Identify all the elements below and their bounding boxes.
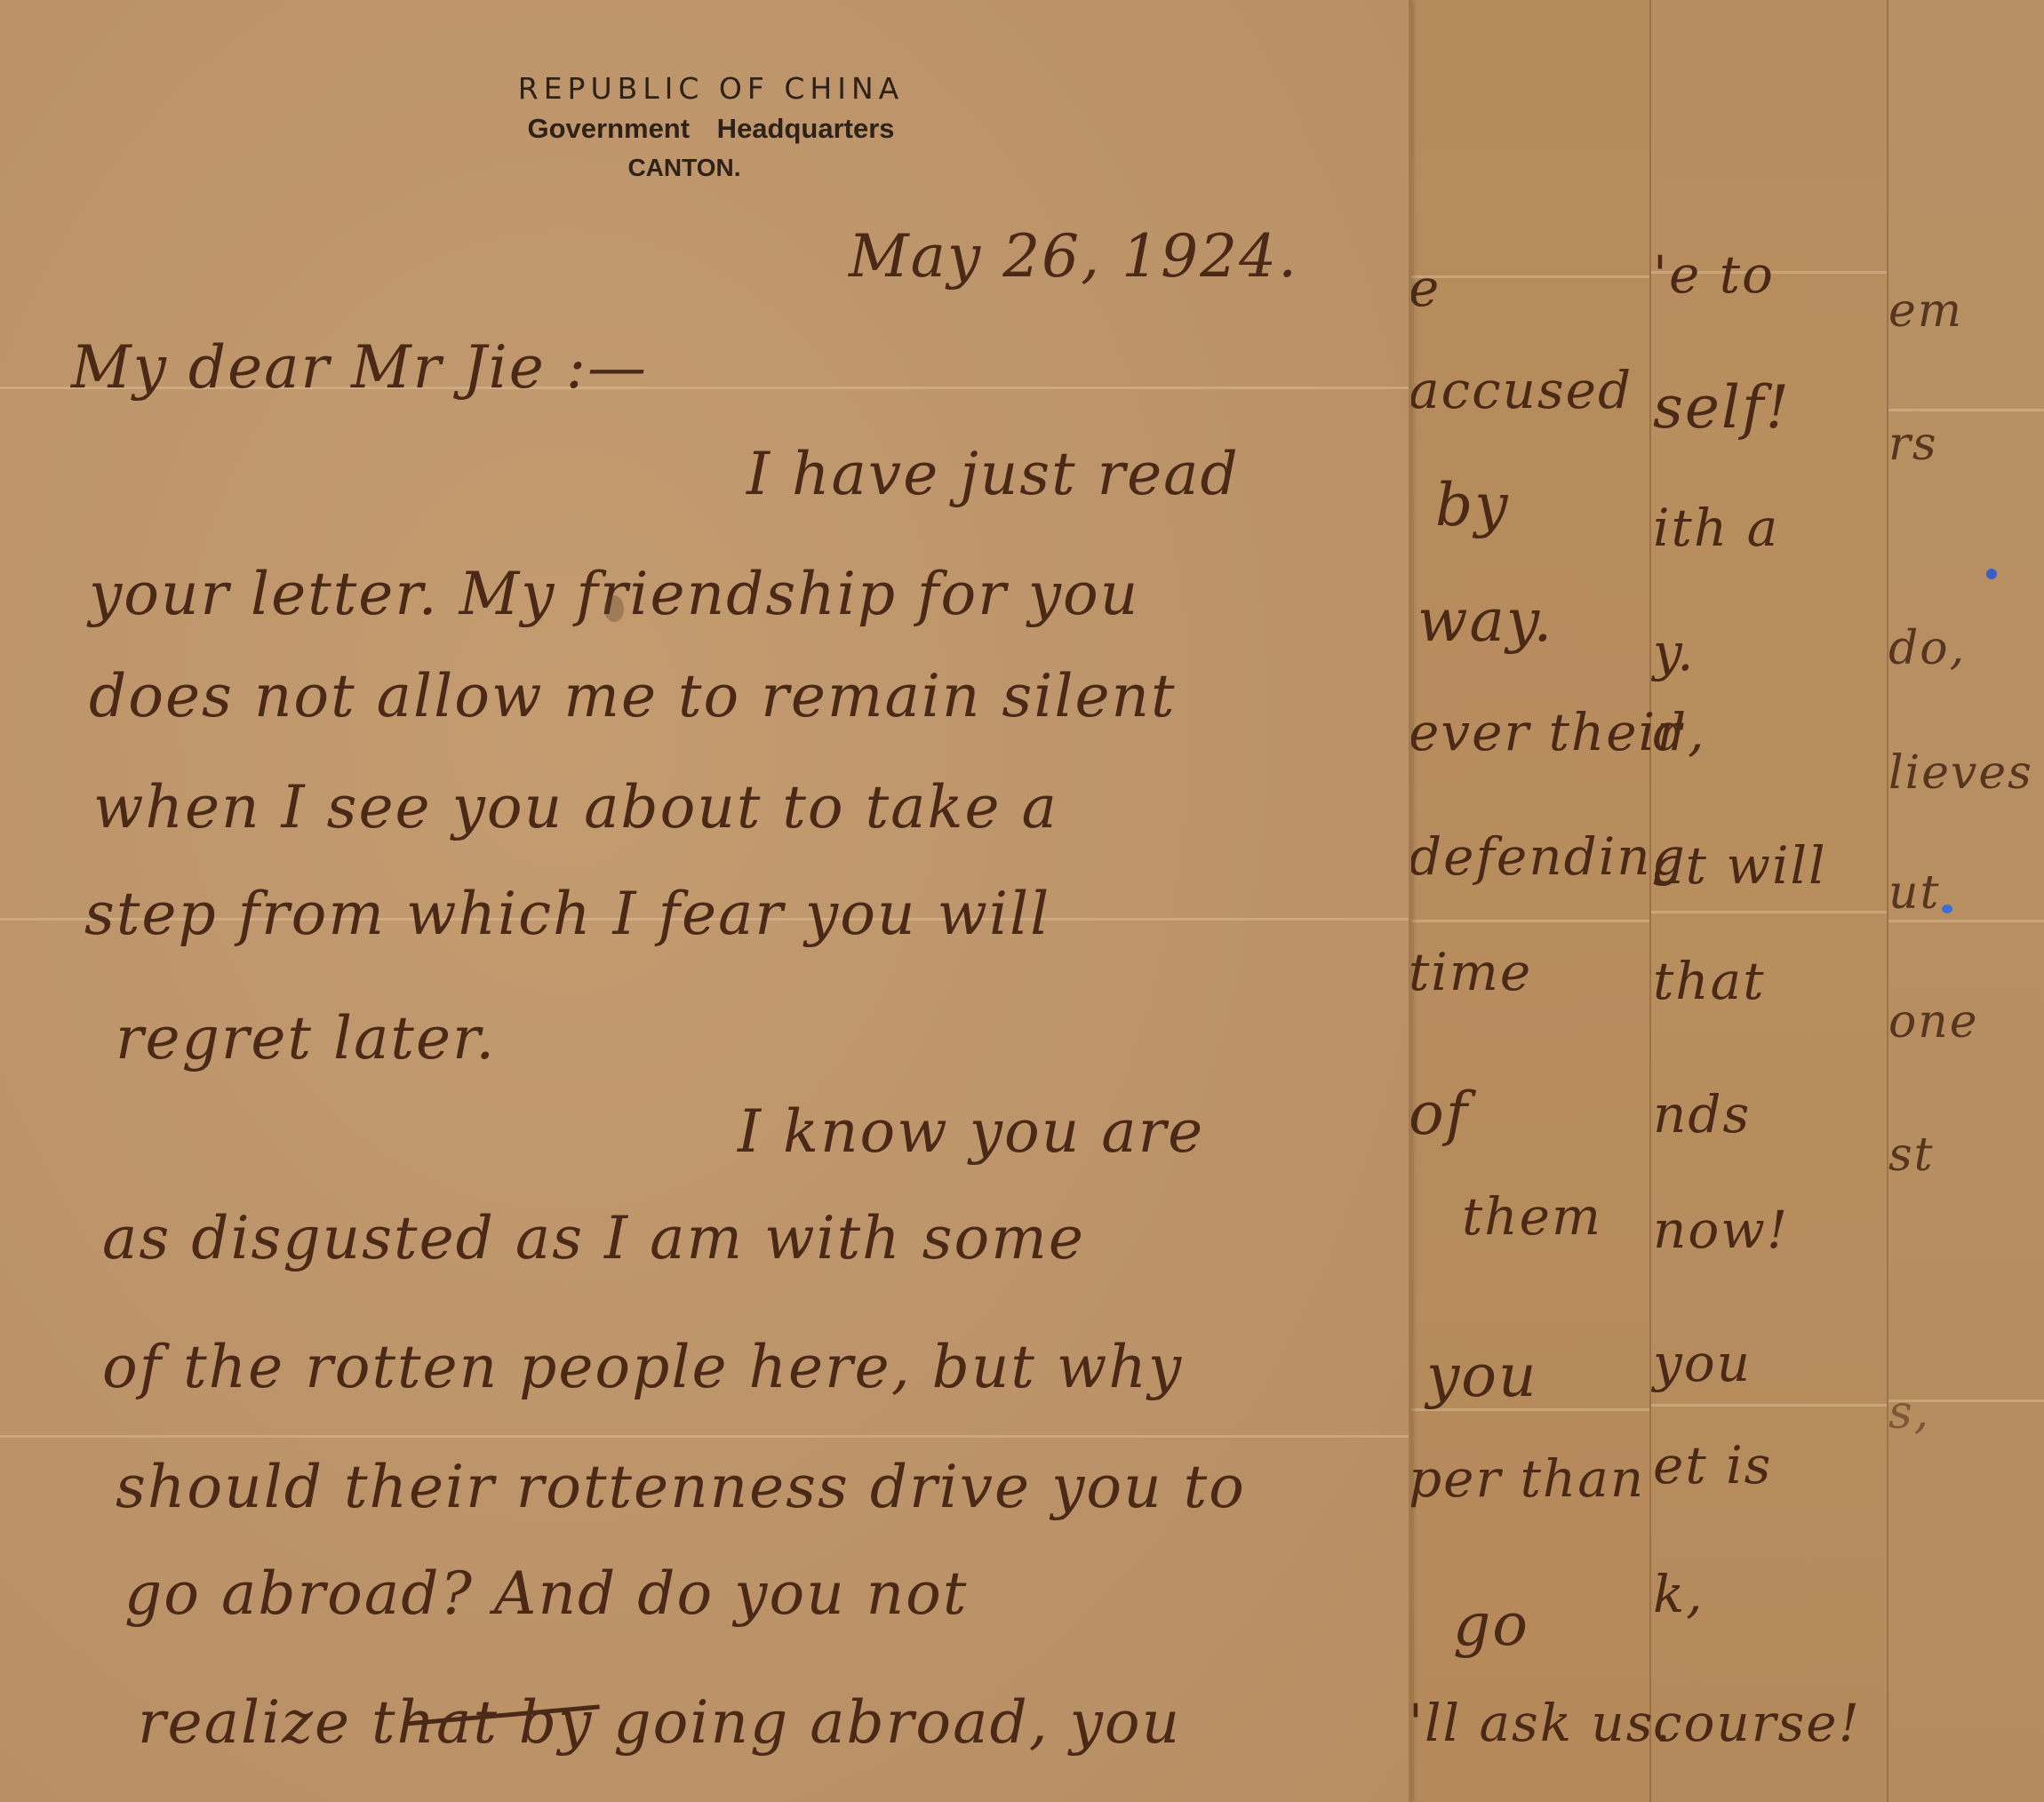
letter-line: of the rotten people here, but why [102,1333,1183,1401]
fragment: lieves [1888,746,2033,800]
fragment: s, [1888,1386,1930,1439]
letter-line: realize that by going abroad, you [138,1688,1181,1757]
fragment: et is [1653,1435,1772,1495]
fragment: ut [1888,866,1940,920]
letterhead: REPUBLIC OF CHINA Government Headquarter… [373,71,1049,182]
ink-spot [1986,569,1997,579]
fragment: of [1409,1080,1469,1148]
fragment: st [1888,1128,1935,1182]
fragment: 'll ask us. [1409,1693,1673,1753]
letter-line: I have just read [747,440,1240,508]
fold-line [1649,1404,1887,1407]
fragment: go [1453,1591,1529,1659]
fragment: by [1435,471,1510,539]
letter-sheet-front: REPUBLIC OF CHINA Government Headquarter… [0,0,1411,1802]
fragment: ith a [1653,498,1779,558]
fragment: them [1462,1186,1602,1247]
fragment: per than [1409,1448,1645,1509]
ink-spot [1942,905,1952,913]
fragment: do, [1888,622,1966,675]
fragment: ever their [1409,702,1683,762]
fragment: course! [1653,1693,1861,1753]
letter-sheet-3: 'e to self! ith a y. d, at will that nds… [1649,0,1888,1802]
letter-line: does not allow me to remain silent [89,662,1177,730]
letter-line: when I see you about to take a [93,773,1058,841]
fragment: you [1426,1342,1538,1410]
letter-line: regret later. [116,1004,496,1072]
stain [604,595,624,622]
fold-line [1409,920,1649,922]
letter-date: May 26, 1924. [849,222,1298,291]
fragment: em [1888,284,1963,338]
fragment: defending [1409,826,1687,887]
fold-line [1649,911,1887,913]
letter-salutation: My dear Mr Jie :— [71,333,648,402]
fragment: 'e to [1653,244,1775,305]
fragment: rs [1888,418,1938,471]
letter-sheet-2: e accused by way. ever their defending t… [1409,0,1651,1802]
fragment: now! [1653,1200,1789,1260]
letterhead-city: CANTON. [373,154,1049,182]
fragment: e [1409,258,1441,318]
letter-sheet-4: em rs do, lieves ut one st s, [1887,0,2044,1802]
fragment: nds [1653,1084,1751,1144]
fragment: that [1653,951,1766,1011]
letter-line: as disgusted as I am with some [102,1204,1085,1272]
fragment: y. [1653,622,1696,682]
fragment: k, [1653,1564,1705,1624]
fragment: self! [1653,373,1791,442]
letter-line: go abroad? And do you not [124,1559,968,1628]
fold-line [1409,275,1649,278]
fragment: you [1653,1333,1752,1393]
fragment: time [1409,942,1532,1002]
fragment: way. [1417,586,1553,655]
letterhead-country: REPUBLIC OF CHINA [373,71,1049,106]
fold-line [0,1435,1409,1438]
fragment: accused [1409,360,1633,420]
letter-line: I know you are [738,1097,1204,1166]
letter-line: should their rottenness drive you to [116,1453,1246,1521]
fold-line [1887,920,2044,922]
fold-line [1887,409,2044,411]
letter-line: step from which I fear you will [84,880,1050,948]
fragment: one [1888,995,1979,1049]
letterhead-office: Government Headquarters [373,113,1049,145]
